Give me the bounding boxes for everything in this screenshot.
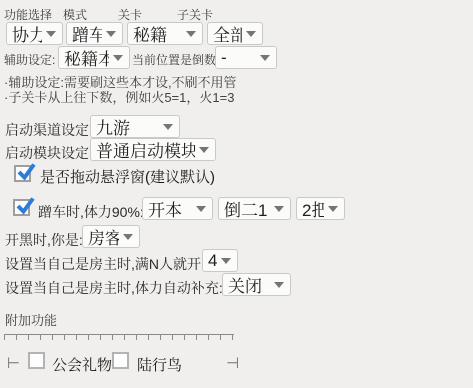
track-right-end-icon: ⊣: [226, 354, 239, 372]
ride-rounds-value: 2把: [302, 196, 324, 221]
start-when-n-dropdown[interactable]: 4: [202, 249, 238, 272]
level-dropdown[interactable]: 秘籍: [127, 22, 203, 45]
dropdown-arrow-icon: [260, 55, 270, 61]
check-icon: [16, 162, 36, 182]
current-position-label: 当前位置是倒数: [132, 51, 216, 68]
dropdown-arrow-icon: [113, 55, 123, 61]
ride-rounds-dropdown[interactable]: 2把: [296, 197, 345, 220]
team-role-value: 房客: [88, 224, 119, 249]
dropdown-arrow-icon: [221, 258, 231, 264]
sublevel-hint-line: ·子关卡从上往下数，例如火5=1，火1=3: [4, 87, 234, 106]
launch-module-value: 普通启动模块: [96, 137, 195, 162]
ride-stage-value: 倒二1: [224, 196, 267, 221]
launch-channel-dropdown[interactable]: 九游: [90, 115, 180, 138]
team-role-label: 开黑时,你是:: [5, 230, 83, 250]
ride-stage-dropdown[interactable]: 倒二1: [218, 197, 291, 220]
launch-module-dropdown[interactable]: 普通启动模块: [90, 138, 216, 161]
ride-action-dropdown[interactable]: 开本: [142, 197, 213, 220]
drag-float-window-label: 是否拖动悬浮窗(建议默认): [40, 166, 215, 187]
chocobo-checkbox[interactable]: [112, 352, 129, 369]
aux-setting-value: 秘籍本: [64, 45, 109, 70]
guild-gift-label: 公会礼物: [52, 354, 112, 375]
stamina-refill-dropdown[interactable]: 关闭: [222, 273, 291, 296]
function-select-value: 协力: [12, 21, 42, 46]
aux-setting-dropdown[interactable]: 秘籍本: [58, 46, 130, 69]
dropdown-arrow-icon: [46, 31, 56, 37]
current-position-dropdown[interactable]: -: [215, 46, 277, 69]
drag-float-window-checkbox[interactable]: [14, 165, 31, 182]
stamina-refill-value: 关闭: [228, 272, 262, 297]
team-role-dropdown[interactable]: 房客: [82, 225, 140, 248]
function-select-dropdown[interactable]: 协力: [6, 22, 63, 45]
aux-setting-label: 辅助设定:: [4, 51, 55, 68]
ride-action-value: 开本: [148, 196, 182, 221]
sublevel-value: 全部: [213, 21, 242, 46]
start-when-n-label: 设置当自己是房主时,满N人就开:: [5, 254, 205, 274]
chocobo-label: 陆行鸟: [137, 354, 182, 375]
dropdown-arrow-icon: [274, 206, 284, 212]
dropdown-arrow-icon: [328, 206, 338, 212]
ride-stamina-checkbox[interactable]: [13, 199, 30, 216]
track-left-end-icon: ⊢: [7, 354, 20, 372]
sublevel-label: 子关卡: [177, 6, 213, 23]
dropdown-arrow-icon: [163, 124, 173, 130]
dropdown-arrow-icon: [199, 147, 209, 153]
settings-panel: 功能选择 模式 关卡 子关卡 协力 蹭车 秘籍 全部 辅助设定: 秘籍本 当前位…: [0, 0, 473, 388]
sublevel-dropdown[interactable]: 全部: [207, 22, 263, 45]
dropdown-arrow-icon: [123, 234, 133, 240]
launch-channel-label: 启动渠道设定:: [5, 120, 93, 140]
dropdown-arrow-icon: [186, 31, 196, 37]
check-icon: [15, 196, 35, 216]
launch-channel-value: 九游: [96, 114, 130, 139]
dropdown-arrow-icon: [246, 31, 256, 37]
guild-gift-checkbox[interactable]: [28, 352, 45, 369]
dropdown-arrow-icon: [106, 31, 116, 37]
dropdown-arrow-icon: [274, 282, 284, 288]
stamina-refill-label: 设置当自己是房主时,体力自动补充:: [5, 278, 223, 298]
level-value: 秘籍: [133, 21, 167, 46]
start-when-n-value: 4: [208, 251, 217, 271]
extra-functions-title: 附加功能: [5, 310, 57, 329]
current-position-value: -: [221, 48, 227, 68]
tick-ruler: [4, 334, 234, 340]
mode-dropdown[interactable]: 蹭车: [66, 22, 123, 45]
mode-value: 蹭车: [72, 21, 102, 46]
dropdown-arrow-icon: [196, 206, 206, 212]
ride-stamina-label: 蹭车时,体力90%:: [38, 202, 144, 222]
launch-module-label: 启动模块设定:: [5, 143, 93, 163]
